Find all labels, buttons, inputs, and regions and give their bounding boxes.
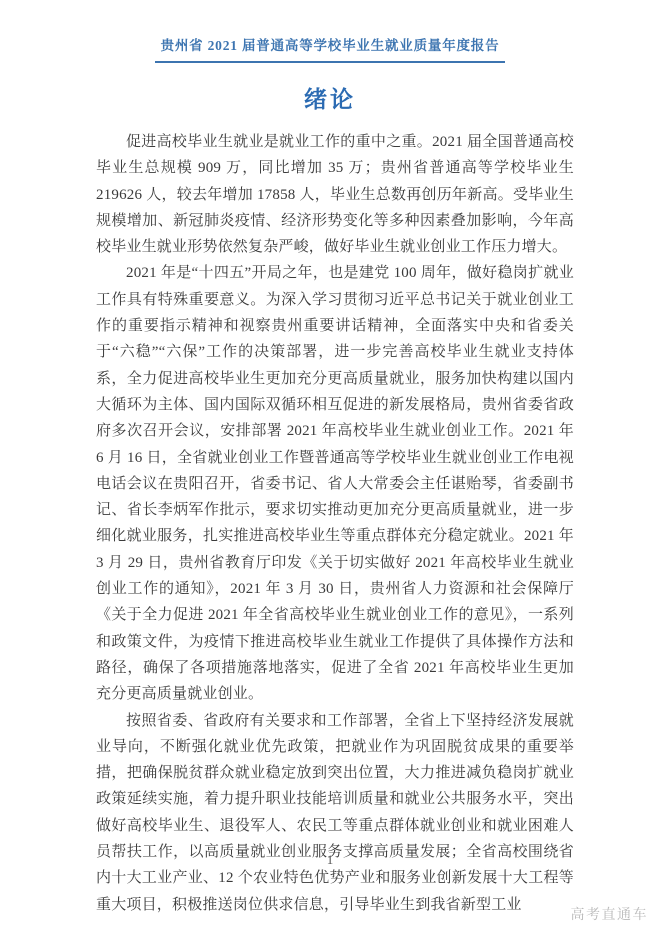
paragraph-3: 按照省委、省政府有关要求和工作部署，全省上下坚持经济发展就业导向，不断强化就业优…	[96, 708, 574, 918]
paragraph-2: 2021 年是“十四五”开局之年，也是建党 100 周年，做好稳岗扩就业工作具有…	[96, 260, 574, 707]
watermark: 高考直通车	[571, 904, 649, 924]
body-text: 促进高校毕业生就业是就业工作的重中之重。2021 届全国普通高校毕业生总规模 9…	[0, 115, 660, 918]
page-header: 贵州省 2021 届普通高等学校毕业生就业质量年度报告	[155, 36, 506, 63]
page-number: 1	[0, 852, 660, 868]
section-title: 绪论	[0, 85, 660, 115]
page-header-container: 贵州省 2021 届普通高等学校毕业生就业质量年度报告	[0, 0, 660, 63]
report-page: 贵州省 2021 届普通高等学校毕业生就业质量年度报告 绪论 促进高校毕业生就业…	[0, 0, 660, 934]
paragraph-1: 促进高校毕业生就业是就业工作的重中之重。2021 届全国普通高校毕业生总规模 9…	[96, 129, 574, 260]
